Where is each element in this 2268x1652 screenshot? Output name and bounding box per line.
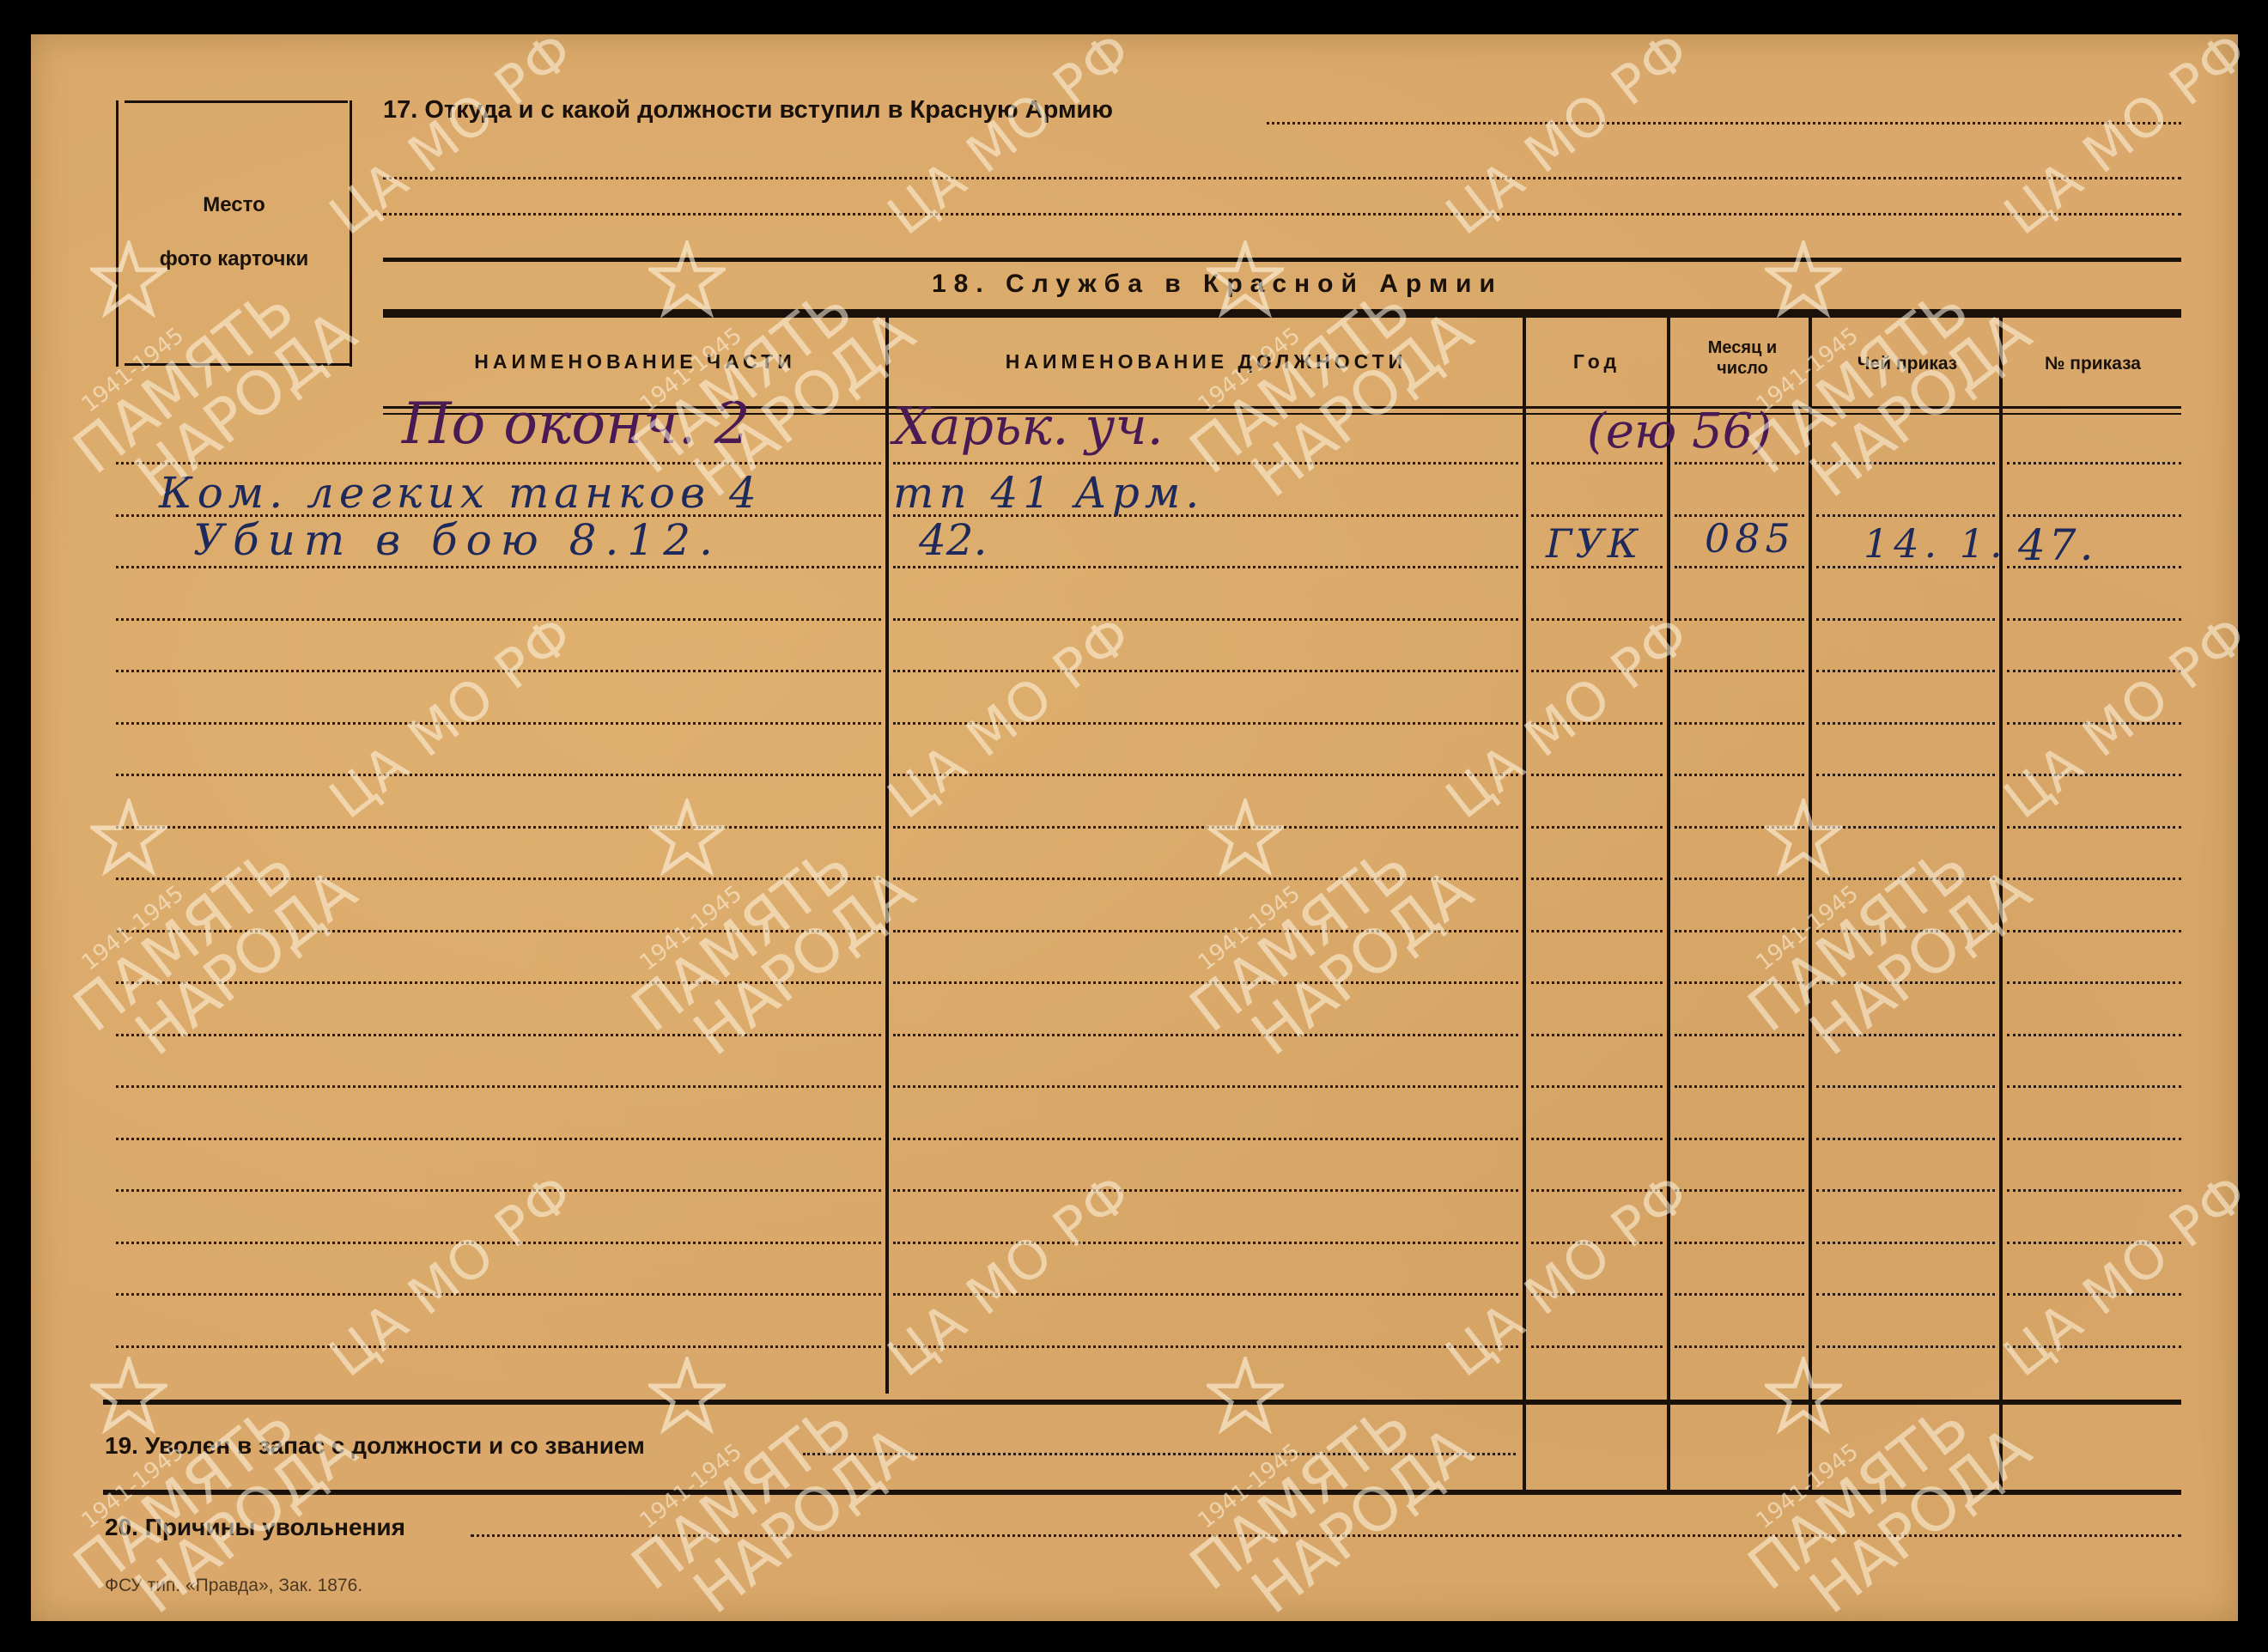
row-dotted-line [1531,1138,1663,1140]
row-dotted-line [1531,981,1663,984]
row-dotted-line [2007,1345,2181,1348]
printer-imprint: ФСУ тип. «Правда», Зак. 1876. [105,1576,362,1596]
row-dotted-line [1675,1138,1804,1140]
row-dotted-line [1816,981,1995,984]
entry-unit-line1: По оконч. 2 [402,391,751,457]
row-dotted-line [1531,514,1663,517]
col-divider [885,313,889,1394]
row-dotted-line [2007,1034,2181,1036]
row-dotted-line [1816,1242,1995,1244]
entry-position-line1: Харьк. уч. [893,397,1164,457]
row-dotted-line [1675,618,1804,621]
row-dotted-line [893,1138,1518,1140]
row-dotted-line [893,930,1518,932]
row-dotted-line [893,722,1518,725]
row-dotted-line [2007,826,2181,829]
row-dotted-line [1675,826,1804,829]
row-dotted-line [1816,514,1995,517]
row-dotted-line [1816,618,1995,621]
row-dotted-line [116,462,881,465]
col-header-order-number: № приказа [2004,354,2181,374]
row-dotted-line [1816,1345,1995,1348]
entry-unit-line2: Ком. легких танков 4 [159,468,762,518]
row-dotted-line [116,878,881,880]
row-dotted-line [1675,722,1804,725]
row-dotted-line [1531,670,1663,672]
row-dotted-line [2007,1085,2181,1088]
row-dotted-line [116,1138,881,1140]
row-dotted-line [1531,462,1663,465]
row-dotted-line [1816,826,1995,829]
row-dotted-line [893,1293,1518,1296]
row-dotted-line [2007,462,2181,465]
row-dotted-line [2007,878,2181,880]
row-dotted-line [116,1345,881,1348]
row-dotted-line [1675,1242,1804,1244]
row-dotted-line [1531,1034,1663,1036]
row-dotted-line [116,1189,881,1192]
entry-position-line3: 42. [919,515,988,565]
field-20-label: 20. Причины увольнения [105,1514,405,1541]
col-header-unit: НАИМЕНОВАНИЕ ЧАСТИ [383,350,887,374]
row-dotted-line [2007,1242,2181,1244]
row-dotted-line [1675,462,1804,465]
row-dotted-line [116,930,881,932]
entry-position-line2: тп 41 Арм. [893,468,1204,518]
row-dotted-line [2007,722,2181,725]
row-dotted-line [116,566,881,568]
row-dotted-line [116,981,881,984]
row-dotted-line [893,618,1518,621]
table-bottom-line [103,1400,2181,1405]
photo-box-label-1: Место [116,193,352,217]
col-header-position: НАИМЕНОВАНИЕ ДОЛЖНОСТИ [891,350,1522,374]
row-dotted-line [2007,514,2181,517]
row-dotted-line [1816,930,1995,932]
row-dotted-line [1816,1085,1995,1088]
divider [383,258,2181,262]
entry-order-number-line3: 47. [2018,520,2097,570]
row-dotted-line [2007,670,2181,672]
row-dotted-line [116,670,881,672]
row-dotted-line [1675,1034,1804,1036]
row-dotted-line [1531,878,1663,880]
row-dotted-line [2007,1293,2181,1296]
row-dotted-line [893,462,1518,465]
col-divider [1809,313,1812,1490]
row-dotted-line [893,1085,1518,1088]
row-dotted-line [1675,1085,1804,1088]
row-dotted-line [893,1345,1518,1348]
photo-box-label-2: фото карточки [116,247,352,271]
row-dotted-line [1816,1138,1995,1140]
field-19-label: 19. Уволен в запас с должности и со зван… [105,1432,645,1460]
row-dotted-line [116,722,881,725]
row-dotted-line [1675,930,1804,932]
col-divider [1523,313,1526,1490]
row-dotted-line [893,774,1518,776]
row-dotted-line [1816,670,1995,672]
col-header-month-day: Месяц и число [1695,337,1790,379]
row-dotted-line [1675,878,1804,880]
row-dotted-line [1675,1189,1804,1192]
row-dotted-line [893,566,1518,568]
row-dotted-line [1531,1189,1663,1192]
row-dotted-line [116,1085,881,1088]
row-dotted-line [1816,774,1995,776]
field-20-line [471,1534,2181,1537]
row-dotted-line [116,826,881,829]
row-dotted-line [1675,1293,1804,1296]
row-dotted-line [2007,930,2181,932]
row-dotted-line [1531,826,1663,829]
row-dotted-line [1531,930,1663,932]
row-dotted-line [893,1034,1518,1036]
col-divider [1999,313,2003,1490]
row-dotted-line [1531,1085,1663,1088]
row-dotted-line [2007,1189,2181,1192]
row-dotted-line [116,1034,881,1036]
field-19-line [803,1453,1516,1455]
entry-unit-line3: Убит в бою 8.12. [193,515,721,565]
row-dotted-line [1675,1345,1804,1348]
field-17-line-2 [383,177,2181,179]
row-dotted-line [1531,774,1663,776]
row-dotted-line [1531,618,1663,621]
row-dotted-line [116,774,881,776]
entry-whose-order-line3: 14. 1. [1864,520,2008,567]
row-dotted-line [1816,722,1995,725]
col-header-year: Год [1525,350,1669,374]
row-dotted-line [893,878,1518,880]
row-dotted-line [1675,670,1804,672]
field-17-line [1267,122,2181,125]
row-dotted-line [893,1189,1518,1192]
row-dotted-line [893,826,1518,829]
row-dotted-line [1675,774,1804,776]
field-17-line-3 [383,213,2181,216]
row-dotted-line [116,1293,881,1296]
row-dotted-line [1675,566,1804,568]
row-dotted-line [893,981,1518,984]
row-dotted-line [1816,878,1995,880]
entry-year-line1: (ею 56) [1587,404,1772,459]
row-dotted-line [1816,462,1995,465]
row-dotted-line [893,670,1518,672]
row-dotted-line [893,1242,1518,1244]
row-dotted-line [116,1242,881,1244]
entry-year-line3: ГУК [1546,520,1641,567]
col-header-whose-order: Чей приказ [1814,354,2001,374]
row-dotted-line [1816,1293,1995,1296]
row-dotted-line [2007,774,2181,776]
col-divider [1667,313,1670,1490]
row-dotted-line [1531,722,1663,725]
entry-month-line3: 085 [1705,515,1796,562]
row-dotted-line [1816,1034,1995,1036]
row-dotted-line [2007,618,2181,621]
row-dotted-line [1531,1242,1663,1244]
row-dotted-line [116,618,881,621]
field-19-bottom-line [103,1490,2181,1495]
field-17-label: 17. Откуда и с какой должности вступил в… [383,96,1113,125]
row-dotted-line [1816,1189,1995,1192]
row-dotted-line [1531,1345,1663,1348]
row-dotted-line [1675,981,1804,984]
divider [383,309,2181,318]
row-dotted-line [1531,1293,1663,1296]
row-dotted-line [2007,981,2181,984]
section-18-title: 18. Служба в Красной Армии [932,270,1503,299]
row-dotted-line [2007,1138,2181,1140]
